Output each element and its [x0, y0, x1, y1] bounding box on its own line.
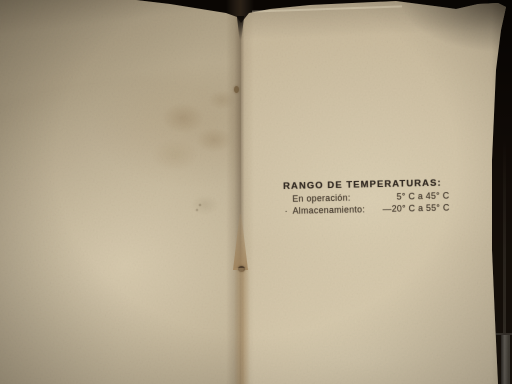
photo-open-manual: RANGO DE TEMPERATURAS: En operación: 5° … — [0, 0, 512, 384]
temperature-spec-block: RANGO DE TEMPERATURAS: En operación: 5° … — [283, 177, 456, 217]
spine-crease-speck — [234, 86, 239, 93]
background-reflection-line — [503, 140, 506, 340]
operation-label: En operación: — [292, 192, 350, 204]
spine-lower-fold-band — [234, 268, 250, 384]
row-bullet: · — [285, 206, 289, 217]
storage-value: —20° C a 55° C — [383, 203, 450, 215]
storage-label: Almacenamiento: — [293, 204, 366, 217]
operation-value: 5° C a 45° C — [397, 190, 450, 202]
background-object-gray-rod — [501, 335, 510, 384]
